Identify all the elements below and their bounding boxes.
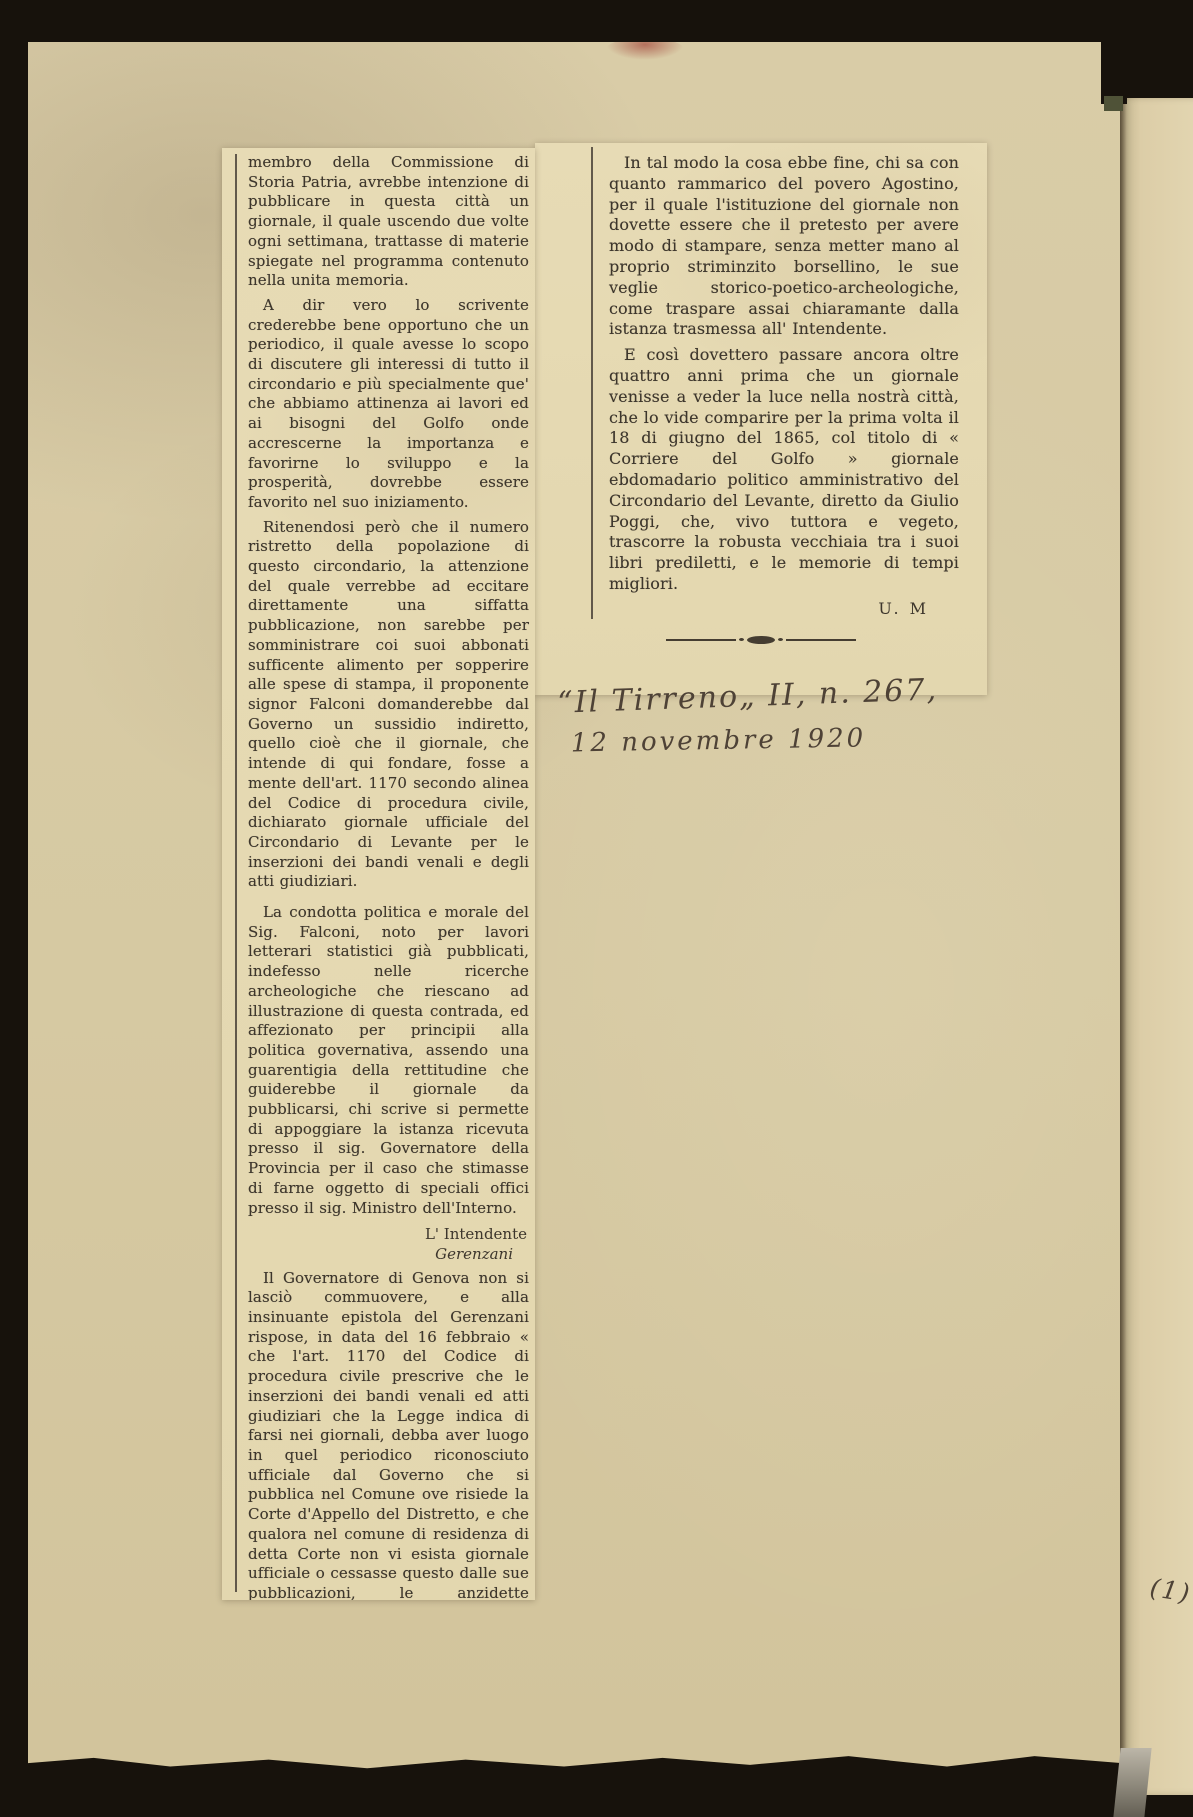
signature-title: L' Intendente [248,1225,529,1245]
binding-edge-sliver [1113,1748,1151,1817]
citation-date-line: 12 novembre 1920 [571,721,999,758]
torn-edge-perforation [21,50,28,660]
article-paragraph: A dir vero lo scrivente crederebbe bene … [248,296,529,513]
divider-dot [778,638,783,641]
divider-rule [666,639,736,641]
article-column-1: membro della Commissione di Storia Patri… [222,148,535,1600]
divider-lens-ornament [747,636,775,644]
adjacent-page-edge: (1) [1120,98,1193,1795]
article-paragraph: membro della Commissione di Storia Patri… [248,153,529,291]
handwritten-page-number: (1) [1148,1573,1193,1608]
signature-name: Gerenzani [248,1245,529,1265]
article-paragraph: E così dovettero passare ancora oltre qu… [609,345,959,595]
newspaper-clipping-left-column: membro della Commissione di Storia Patri… [222,148,535,1600]
newspaper-clipping-right-column: In tal modo la cosa ebbe fine, chi sa co… [535,143,987,695]
divider-dot [739,638,744,641]
scrapbook-scan: In tal modo la cosa ebbe fine, chi sa co… [0,0,1193,1817]
binding-tab [1104,96,1123,111]
album-page: In tal modo la cosa ebbe fine, chi sa co… [28,42,1122,1770]
divider-rule [786,639,856,641]
article-paragraph: La condotta politica e morale del Sig. F… [248,903,529,1218]
ornamental-divider [666,636,856,644]
binding-notch [1101,0,1127,104]
red-stain [606,38,684,60]
article-paragraph: Il Governatore di Genova non si lasciò c… [248,1269,529,1600]
article-column-2: In tal modo la cosa ebbe fine, chi sa co… [535,143,987,620]
article-paragraph: Ritenendosi però che il numero ristretto… [248,518,529,892]
article-paragraph: In tal modo la cosa ebbe fine, chi sa co… [609,153,959,340]
author-initials: U. M [609,599,959,620]
handwritten-citation: “Il Tirreno„ II, n. 267, 12 novembre 192… [557,670,999,762]
